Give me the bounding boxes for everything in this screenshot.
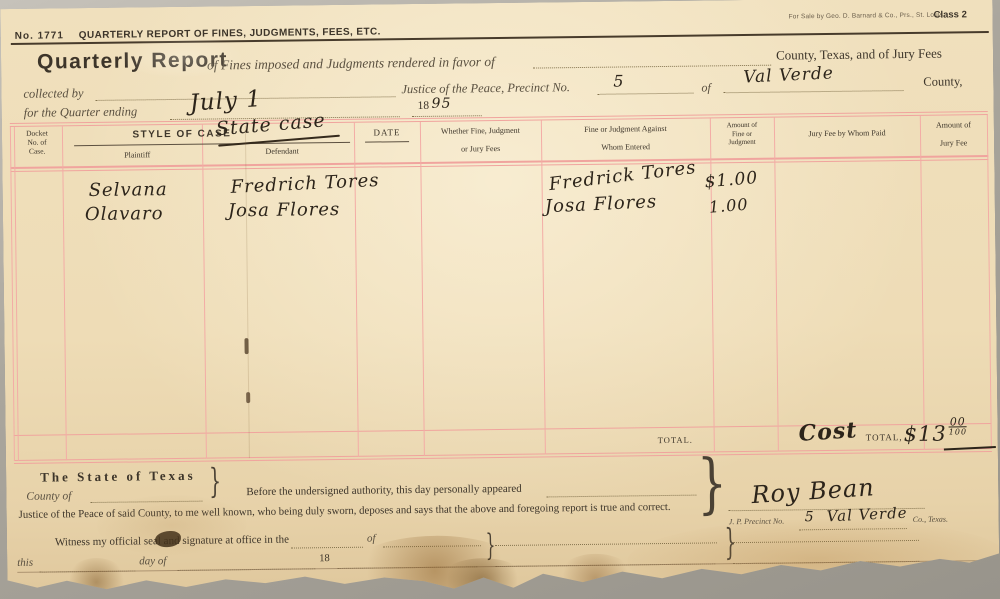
fines-table: Docket No. of Case. STYLE OF CASE State … bbox=[10, 111, 992, 463]
table-vline bbox=[774, 118, 779, 452]
county-of-blank bbox=[90, 489, 202, 503]
table-vline bbox=[202, 125, 207, 459]
total-amount-entry: $1300100 bbox=[903, 417, 967, 446]
defendant-entry: Fredrich Tores bbox=[230, 170, 380, 198]
jury-fees-suffix: County, Texas, and of Jury Fees bbox=[776, 46, 942, 64]
header-defendant: Defendant bbox=[210, 146, 354, 157]
printer-credit: For Sale by Geo. D. Barnard & Co., Prs.,… bbox=[789, 12, 944, 21]
table-vline bbox=[710, 118, 715, 452]
photo-of-document: { "colors":{"paper":"#eedcb6","rule_pink… bbox=[0, 0, 1000, 599]
document-sheet: No. 1771 QUARTERLY REPORT OF FINES, JUDG… bbox=[0, 0, 999, 599]
table-vline bbox=[920, 116, 925, 450]
quarter-ending-label: for the Quarter ending bbox=[24, 104, 138, 120]
total-cost-entry: Cost bbox=[798, 417, 858, 447]
table-vline bbox=[987, 115, 992, 449]
affidavit-brace-icon: } bbox=[697, 451, 727, 516]
county-word: County, bbox=[923, 74, 962, 89]
collected-by-label: collected by bbox=[23, 86, 83, 102]
precinct-entry: 5 bbox=[613, 71, 624, 90]
plaintiff-entry: Olavaro bbox=[85, 203, 164, 225]
report-subtitle: of Fines imposed and Judgments rendered … bbox=[207, 54, 495, 74]
year-blank bbox=[412, 103, 482, 117]
header-whether: Whether Fine, Judgment or Jury Fees bbox=[420, 125, 541, 153]
appeared-text: Before the undersigned authority, this d… bbox=[246, 483, 522, 498]
state-brace-icon: } bbox=[209, 464, 221, 498]
day-of-label: day of bbox=[139, 555, 166, 567]
plaintiff-entry: Selvana bbox=[89, 179, 168, 201]
total-bottom-rule bbox=[14, 448, 992, 461]
of-label: of bbox=[701, 80, 711, 95]
header-plaintiff: Plaintiff bbox=[72, 150, 202, 161]
county-entry: Val Verde bbox=[743, 63, 834, 87]
header-against: Fine or Judgment Against Whom Entered bbox=[541, 123, 710, 152]
table-top-rule bbox=[10, 111, 988, 124]
header-amount-jury: Amount of Jury Fee bbox=[920, 120, 987, 148]
witness-blank-1 bbox=[291, 535, 363, 549]
year-18-label: 18 bbox=[319, 553, 330, 564]
table-vline bbox=[14, 127, 19, 461]
affidavit-state-heading: The State of Texas bbox=[40, 468, 196, 486]
table-vline bbox=[420, 122, 425, 456]
class-label: Class 2 bbox=[933, 9, 966, 20]
header-date: DATE bbox=[354, 127, 420, 138]
against-entry: Josa Flores bbox=[544, 191, 657, 217]
form-number: No. 1771 bbox=[15, 30, 64, 42]
header-jury-fee-paid: Jury Fee by Whom Paid bbox=[774, 128, 920, 139]
appeared-blank bbox=[546, 483, 696, 498]
witness-blank-2 bbox=[383, 533, 481, 547]
justice-of-peace-line: Justice of the Peace, Precinct No. bbox=[401, 80, 570, 97]
date-underline bbox=[365, 141, 409, 143]
jp-suffix-label: Co., Texas. bbox=[913, 515, 948, 524]
witness-of-label: of bbox=[367, 533, 376, 545]
header-docket: Docket No. of Case. bbox=[12, 128, 62, 156]
amount-entry: 1.00 bbox=[708, 195, 749, 217]
header-amount-fine: Amount of Fine or Judgment bbox=[710, 121, 774, 147]
precinct-blank bbox=[597, 81, 693, 95]
this-label: this bbox=[17, 557, 33, 569]
crease-mark bbox=[244, 338, 248, 354]
favor-blank-line bbox=[533, 53, 771, 69]
jp-precinct-label: J. P. Precinct No. bbox=[729, 517, 785, 527]
witness-blank-3 bbox=[495, 530, 717, 546]
report-title: Quarterly Report bbox=[37, 48, 228, 74]
total-label-2: TOTAL, bbox=[866, 432, 903, 442]
total-label: TOTAL. bbox=[658, 435, 693, 445]
witness-blank-4 bbox=[733, 528, 919, 543]
table-vline bbox=[541, 120, 546, 454]
crease-mark bbox=[246, 392, 250, 403]
county-of-label: County of bbox=[26, 490, 71, 503]
sworn-statement: Justice of the Peace of said County, to … bbox=[19, 501, 671, 521]
defendant-entry: Josa Flores bbox=[228, 199, 341, 221]
quarter-date-entry: July 1 bbox=[189, 86, 263, 117]
amount-entry: $1.00 bbox=[704, 168, 759, 192]
table-vline bbox=[62, 126, 67, 460]
